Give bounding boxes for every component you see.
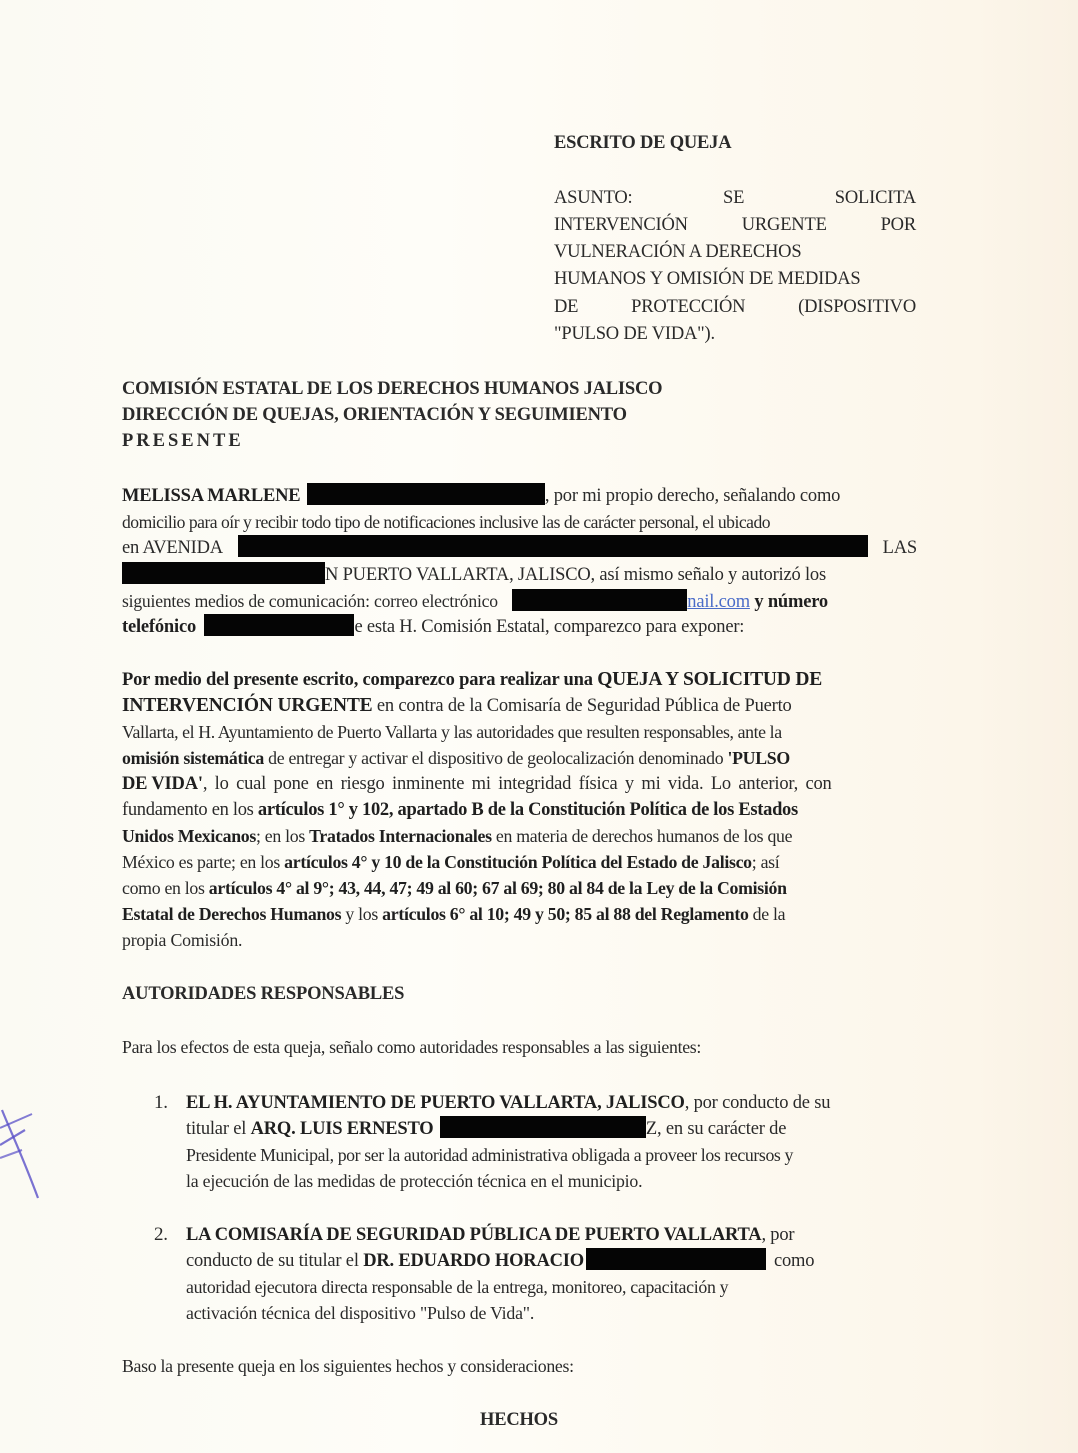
asunto-line-5: DE PROTECCIÓN (DISPOSITIVO (554, 294, 916, 320)
asunto-line-1: ASUNTO: SE SOLICITA (554, 185, 916, 211)
authority-2-line-2: conducto de su titular el DR. EDUARDO HO… (186, 1248, 814, 1274)
intro-line-1: MELISSA MARLENE , por mi propio derecho,… (122, 483, 917, 509)
authority-1-line-3: Presidente Municipal, por ser la autorid… (186, 1142, 793, 1168)
body-line-7: Unidos Mexicanos; en los Tratados Intern… (122, 823, 792, 849)
body-line-11: propia Comisión. (122, 927, 242, 953)
intro-line-6: telefónico e esta H. Comisión Estatal, c… (122, 614, 744, 640)
redaction-phone (204, 614, 354, 636)
body-line-5: DE VIDA', lo cual pone en riesgo inminen… (122, 771, 832, 797)
intro-line-5: siguientes medios de comunicación: corre… (122, 588, 917, 615)
redaction-colonia (122, 562, 325, 584)
body-line-10: Estatal de Derechos Humanos y los artícu… (122, 901, 785, 927)
redaction-address (238, 535, 868, 557)
authority-2-line-3: autoridad ejecutora directa responsable … (186, 1274, 728, 1300)
addressee-line-1: COMISIÓN ESTATAL DE LOS DERECHOS HUMANOS… (122, 376, 662, 402)
email-link[interactable]: nail.com (687, 592, 750, 612)
closing-sentence: Baso la presente queja en los siguientes… (122, 1353, 574, 1379)
authority-2-line-4: activación técnica del dispositivo "Puls… (186, 1300, 534, 1326)
authority-1-line-2: titular el ARQ. LUIS ERNESTO Z, en su ca… (186, 1116, 786, 1142)
asunto-line-3: VULNERACIÓN A DERECHOS (554, 239, 801, 265)
addressee-line-2: DIRECCIÓN DE QUEJAS, ORIENTACIÓN Y SEGUI… (122, 402, 627, 428)
body-line-6: fundamento en los artículos 1° y 102, ap… (122, 797, 798, 823)
redaction-surname (307, 483, 545, 505)
authority-1-line-4: la ejecución de las medidas de protecció… (186, 1168, 642, 1194)
pen-scribble-icon (0, 1100, 60, 1210)
redaction-commissioner-surname (586, 1248, 766, 1270)
body-line-1: Por medio del presente escrito, comparez… (122, 667, 822, 693)
hechos-heading: HECHOS (480, 1407, 558, 1433)
body-line-8: México es parte; en los artículos 4° y 1… (122, 849, 779, 875)
authorities-heading: AUTORIDADES RESPONSABLES (122, 981, 404, 1007)
asunto-line-6: "PULSO DE VIDA"). (554, 321, 715, 347)
authorities-intro: Para los efectos de esta queja, señalo c… (122, 1034, 701, 1060)
asunto-label: ASUNTO: (554, 185, 632, 211)
addressee-presente: PRESENTE (122, 428, 244, 454)
body-line-2: INTERVENCIÓN URGENTE en contra de la Com… (122, 693, 792, 719)
redaction-mayor-surname (440, 1116, 646, 1138)
body-line-9: como en los artículos 4° al 9°; 43, 44, … (122, 875, 787, 901)
complainant-name: MELISSA MARLENE (122, 486, 300, 506)
body-line-3: Vallarta, el H. Ayuntamiento de Puerto V… (122, 719, 782, 745)
intro-line-2: domicilio para oír y recibir todo tipo d… (122, 509, 770, 535)
authority-2-line-1: LA COMISARÍA DE SEGURIDAD PÚBLICA DE PUE… (186, 1222, 794, 1248)
asunto-line-2: INTERVENCIÓN URGENTE POR (554, 212, 916, 238)
authority-1-line-1: EL H. AYUNTAMIENTO DE PUERTO VALLARTA, J… (186, 1090, 830, 1116)
intro-line-3: en AVENIDA LAS (122, 535, 917, 561)
redaction-email (512, 589, 687, 611)
body-line-4: omisión sistemática de entregar y activa… (122, 745, 790, 771)
document-title: ESCRITO DE QUEJA (554, 130, 731, 156)
intro-line-4: N PUERTO VALLARTA, JALISCO, así mismo se… (122, 562, 826, 588)
item-number: 2. (154, 1222, 168, 1248)
asunto-line-4: HUMANOS Y OMISIÓN DE MEDIDAS (554, 266, 861, 292)
item-number: 1. (154, 1090, 168, 1116)
